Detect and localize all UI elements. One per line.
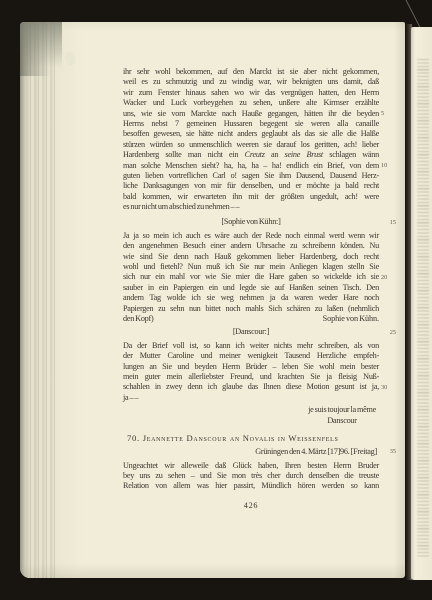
text-line: Ja ja so mein ich auch es wäre auch der … [123, 231, 379, 241]
line-text: man solche Menschen sieht? ha, ha, ha – … [123, 161, 379, 170]
text-line: stürzen würden so unmenschlich weeren si… [123, 140, 379, 150]
ghost-text [417, 59, 429, 557]
text-line: weil es zu schmutzig und zu windig war, … [123, 77, 379, 87]
text-block: ihr sehr wohl bekommen, auf den Marckt i… [123, 67, 379, 510]
text-line: ja – – [123, 393, 379, 403]
line-number: 25 [381, 329, 396, 337]
text-line: andern Tag wolde ich sie weg nehmen ja d… [123, 293, 379, 303]
italic-text: seine Brust [285, 150, 323, 159]
line-text: Papiergen zu sehn nun bittet noch mahls … [123, 304, 379, 313]
paragraph: ihr sehr wohl bekommen, auf den Marckt i… [123, 67, 379, 212]
text-line: Papiergen zu sehn nun bittet noch mahls … [123, 304, 379, 314]
line-text: Relation von allem was hier passirt, Mün… [123, 481, 379, 490]
line-number: 30 [381, 384, 396, 392]
line-text: besoffen gewesen, sie hätte nicht anders… [123, 129, 379, 138]
line-text: Ja ja so mein ich auch es wäre auch der … [123, 231, 379, 240]
text-line: sich nur ein mahl vor wie Sie mier die H… [123, 272, 379, 282]
text-line: schahlen in zwey denn ich glaube das Ihn… [123, 382, 379, 392]
line-text: ja – – [123, 393, 138, 402]
line-text: weil es zu schmutzig und zu windig war, … [123, 77, 379, 86]
text-line: den Kopf)Sophie von Kühn. [123, 314, 379, 324]
text-line: Da der Brief voll ist, so kann ich weite… [123, 341, 379, 351]
line-text-part: Hardenberg sollte man nicht ein [123, 150, 245, 159]
text-line: ihr sehr wohl bekommen, auf den Marckt i… [123, 67, 379, 77]
line-text: lungen an Sie und beyden Herrn Brüder – … [123, 362, 379, 371]
text-line: mein guter mein allerliebster Freund, un… [123, 372, 379, 382]
paragraph: Da der Brief voll ist, so kann ich weite… [123, 341, 379, 403]
line-number: 20 [381, 274, 396, 282]
text-line: uns, wie sie vom Marckte nach Hauße gega… [123, 109, 379, 119]
letter-heading: 70. Jeannette Danscour an Novalis in Wei… [123, 433, 379, 443]
line-text: andern Tag wolde ich sie weg nehmen ja d… [123, 293, 379, 302]
text-line: Relation von allem was hier passirt, Mün… [123, 481, 379, 491]
text-line: wohl und fietehl? Nun muß ich Sie nur me… [123, 262, 379, 272]
line-number: 35 [381, 448, 396, 456]
line-text: bald kommen, wir erwarteten ihn mit der … [123, 192, 379, 201]
line-text: ihr sehr wohl bekommen, auf den Marckt i… [123, 67, 379, 76]
text-line: Herrns nebst 7 gemeinen Hussaren begegen… [123, 119, 379, 129]
letter-closing: je suis toujour la mêmeDanscour [308, 405, 376, 426]
book-fore-edge [20, 22, 58, 578]
line-text: den angenehmen Besuch einer andern Uhrsa… [123, 241, 379, 250]
text-line: es nur nicht um abschied zu nehmen – – [123, 202, 379, 212]
section-heading: [Danscour:]25 [123, 327, 379, 337]
line-text: sich nur ein mahl vor wie Sie mier die H… [123, 272, 379, 281]
text-line: wir zum Fenster hinaus sahen wo wir das … [123, 88, 379, 98]
text-line: lungen an Sie und beyden Herrn Brüder – … [123, 362, 379, 372]
text-line: wie sind Sie denn nach Hauß gekommen lie… [123, 252, 379, 262]
folio-number: 426 [123, 501, 379, 510]
section-heading-text: [Sophie von Kühn:] [221, 217, 280, 226]
text-line: Ungeachtet wir alleweile daß Glück haben… [123, 461, 379, 471]
text-line: besoffen gewesen, sie hätte nicht anders… [123, 129, 379, 139]
line-text: mein guter mein allerliebster Freund, un… [123, 372, 379, 381]
text-line: der Mutter Caroline und meiner wenigkeit… [123, 351, 379, 361]
text-line: Hardenberg sollte man nicht ein Creutz a… [123, 150, 379, 160]
book-photo: ihr sehr wohl bekommen, auf den Marckt i… [0, 0, 432, 600]
date-line-text: Grüningen den 4. Märtz [17]96. [Freitag] [255, 447, 377, 456]
line-text: liche Danksagungen von mir für denselben… [123, 181, 379, 190]
line-text: Ungeachtet wir alleweile daß Glück haben… [123, 461, 379, 470]
text-line: Wacker und Luck vorbeygehen zu sehen, un… [123, 98, 379, 108]
line-text: den Kopf) [123, 314, 153, 323]
line-text: Da der Brief voll ist, so kann ich weite… [123, 341, 379, 350]
line-text: Herrns nebst 7 gemeinen Hussaren begegen… [123, 119, 379, 128]
section-heading-text: [Danscour:] [233, 327, 269, 336]
line-text: wohl und fietehl? Nun muß ich Sie nur me… [123, 262, 379, 271]
line-text: bey uns zu sehen – und Sie mon très cher… [123, 471, 379, 480]
signature-right: Sophie von Kühn. [323, 314, 379, 324]
italic-text: Creutz [245, 150, 265, 159]
line-number: 15 [381, 219, 396, 227]
paragraph: Ungeachtet wir alleweile daß Glück haben… [123, 461, 379, 492]
closing-line: Danscour [308, 416, 376, 426]
text-line: bey uns zu sehen – und Sie mon très cher… [123, 471, 379, 481]
line-text: wie sind Sie denn nach Hauß gekommen lie… [123, 252, 379, 261]
line-number: 10 [381, 162, 396, 170]
fore-edge-top-corner [20, 22, 62, 76]
line-text: wir zum Fenster hinaus sahen wo wir das … [123, 88, 379, 97]
section-heading: [Sophie von Kühn:]15 [123, 217, 379, 227]
text-line: den angenehmen Besuch einer andern Uhrsa… [123, 241, 379, 251]
line-text: der Mutter Caroline und meiner wenigkeit… [123, 351, 379, 360]
closing-line: je suis toujour la même [308, 405, 376, 415]
line-text: guten lieben vortreflichen Carl o! sagen… [123, 171, 379, 180]
page-corner-notch [65, 51, 77, 66]
line-text: Hardenberg sollte man nicht ein Creutz a… [123, 150, 379, 159]
line-text: schahlen in zwey denn ich glaube das Ihn… [123, 382, 379, 391]
line-text: es nur nicht um abschied zu nehmen – – [123, 202, 239, 211]
line-text: stürzen würden so unmenschlich weeren si… [123, 140, 379, 149]
paragraph: Ja ja so mein ich auch es wäre auch der … [123, 231, 379, 325]
text-line: sauber in ein Papiergen ein und legde si… [123, 283, 379, 293]
facing-page-edge [411, 27, 432, 580]
text-line: liche Danksagungen von mir für denselben… [123, 181, 379, 191]
line-text: sauber in ein Papiergen ein und legde si… [123, 283, 379, 292]
line-text-part: an [265, 150, 285, 159]
date-line: Grüningen den 4. Märtz [17]96. [Freitag]… [123, 447, 379, 457]
line-number: 5 [381, 110, 396, 118]
line-text: Wacker und Luck vorbeygehen zu sehen, un… [123, 98, 379, 107]
line-text: uns, wie sie vom Marckte nach Hauße gega… [123, 109, 379, 118]
text-line: guten lieben vortreflichen Carl o! sagen… [123, 171, 379, 181]
text-line: bald kommen, wir erwarteten ihn mit der … [123, 192, 379, 202]
text-line: man solche Menschen sieht? ha, ha, ha – … [123, 161, 379, 171]
line-text-part: schlagen wänn [323, 150, 379, 159]
